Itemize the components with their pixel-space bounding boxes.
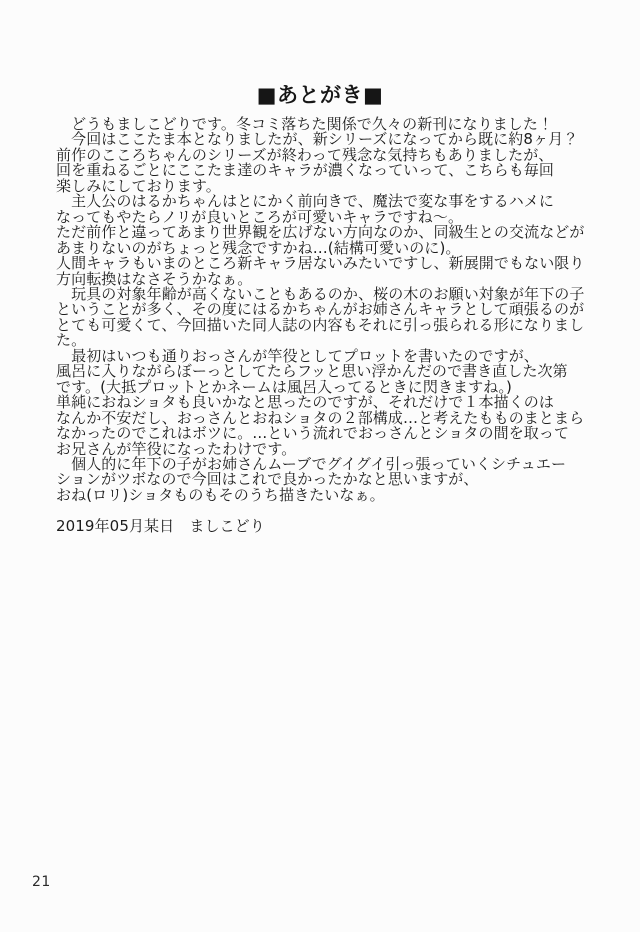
text-line: とても可愛くて、今回描いた同人誌の内容もそれに引っ張られる形になりまし — [56, 318, 600, 333]
page-number: 21 — [32, 874, 51, 890]
afterword-text: どうもましこどりです。冬コミ落ちた関係で久々の新刊になりました！ 今回はここたま… — [56, 117, 600, 534]
afterword-page: ■あとがき■ どうもましこどりです。冬コミ落ちた関係で久々の新刊になりました！ … — [0, 0, 640, 932]
text-line: おね(ロリ)ショタものもそのうち描きたいなぁ。 — [56, 488, 600, 503]
date-signature: 2019年05月某日 ましこどり — [56, 519, 600, 534]
page-title: ■あとがき■ — [0, 79, 640, 109]
